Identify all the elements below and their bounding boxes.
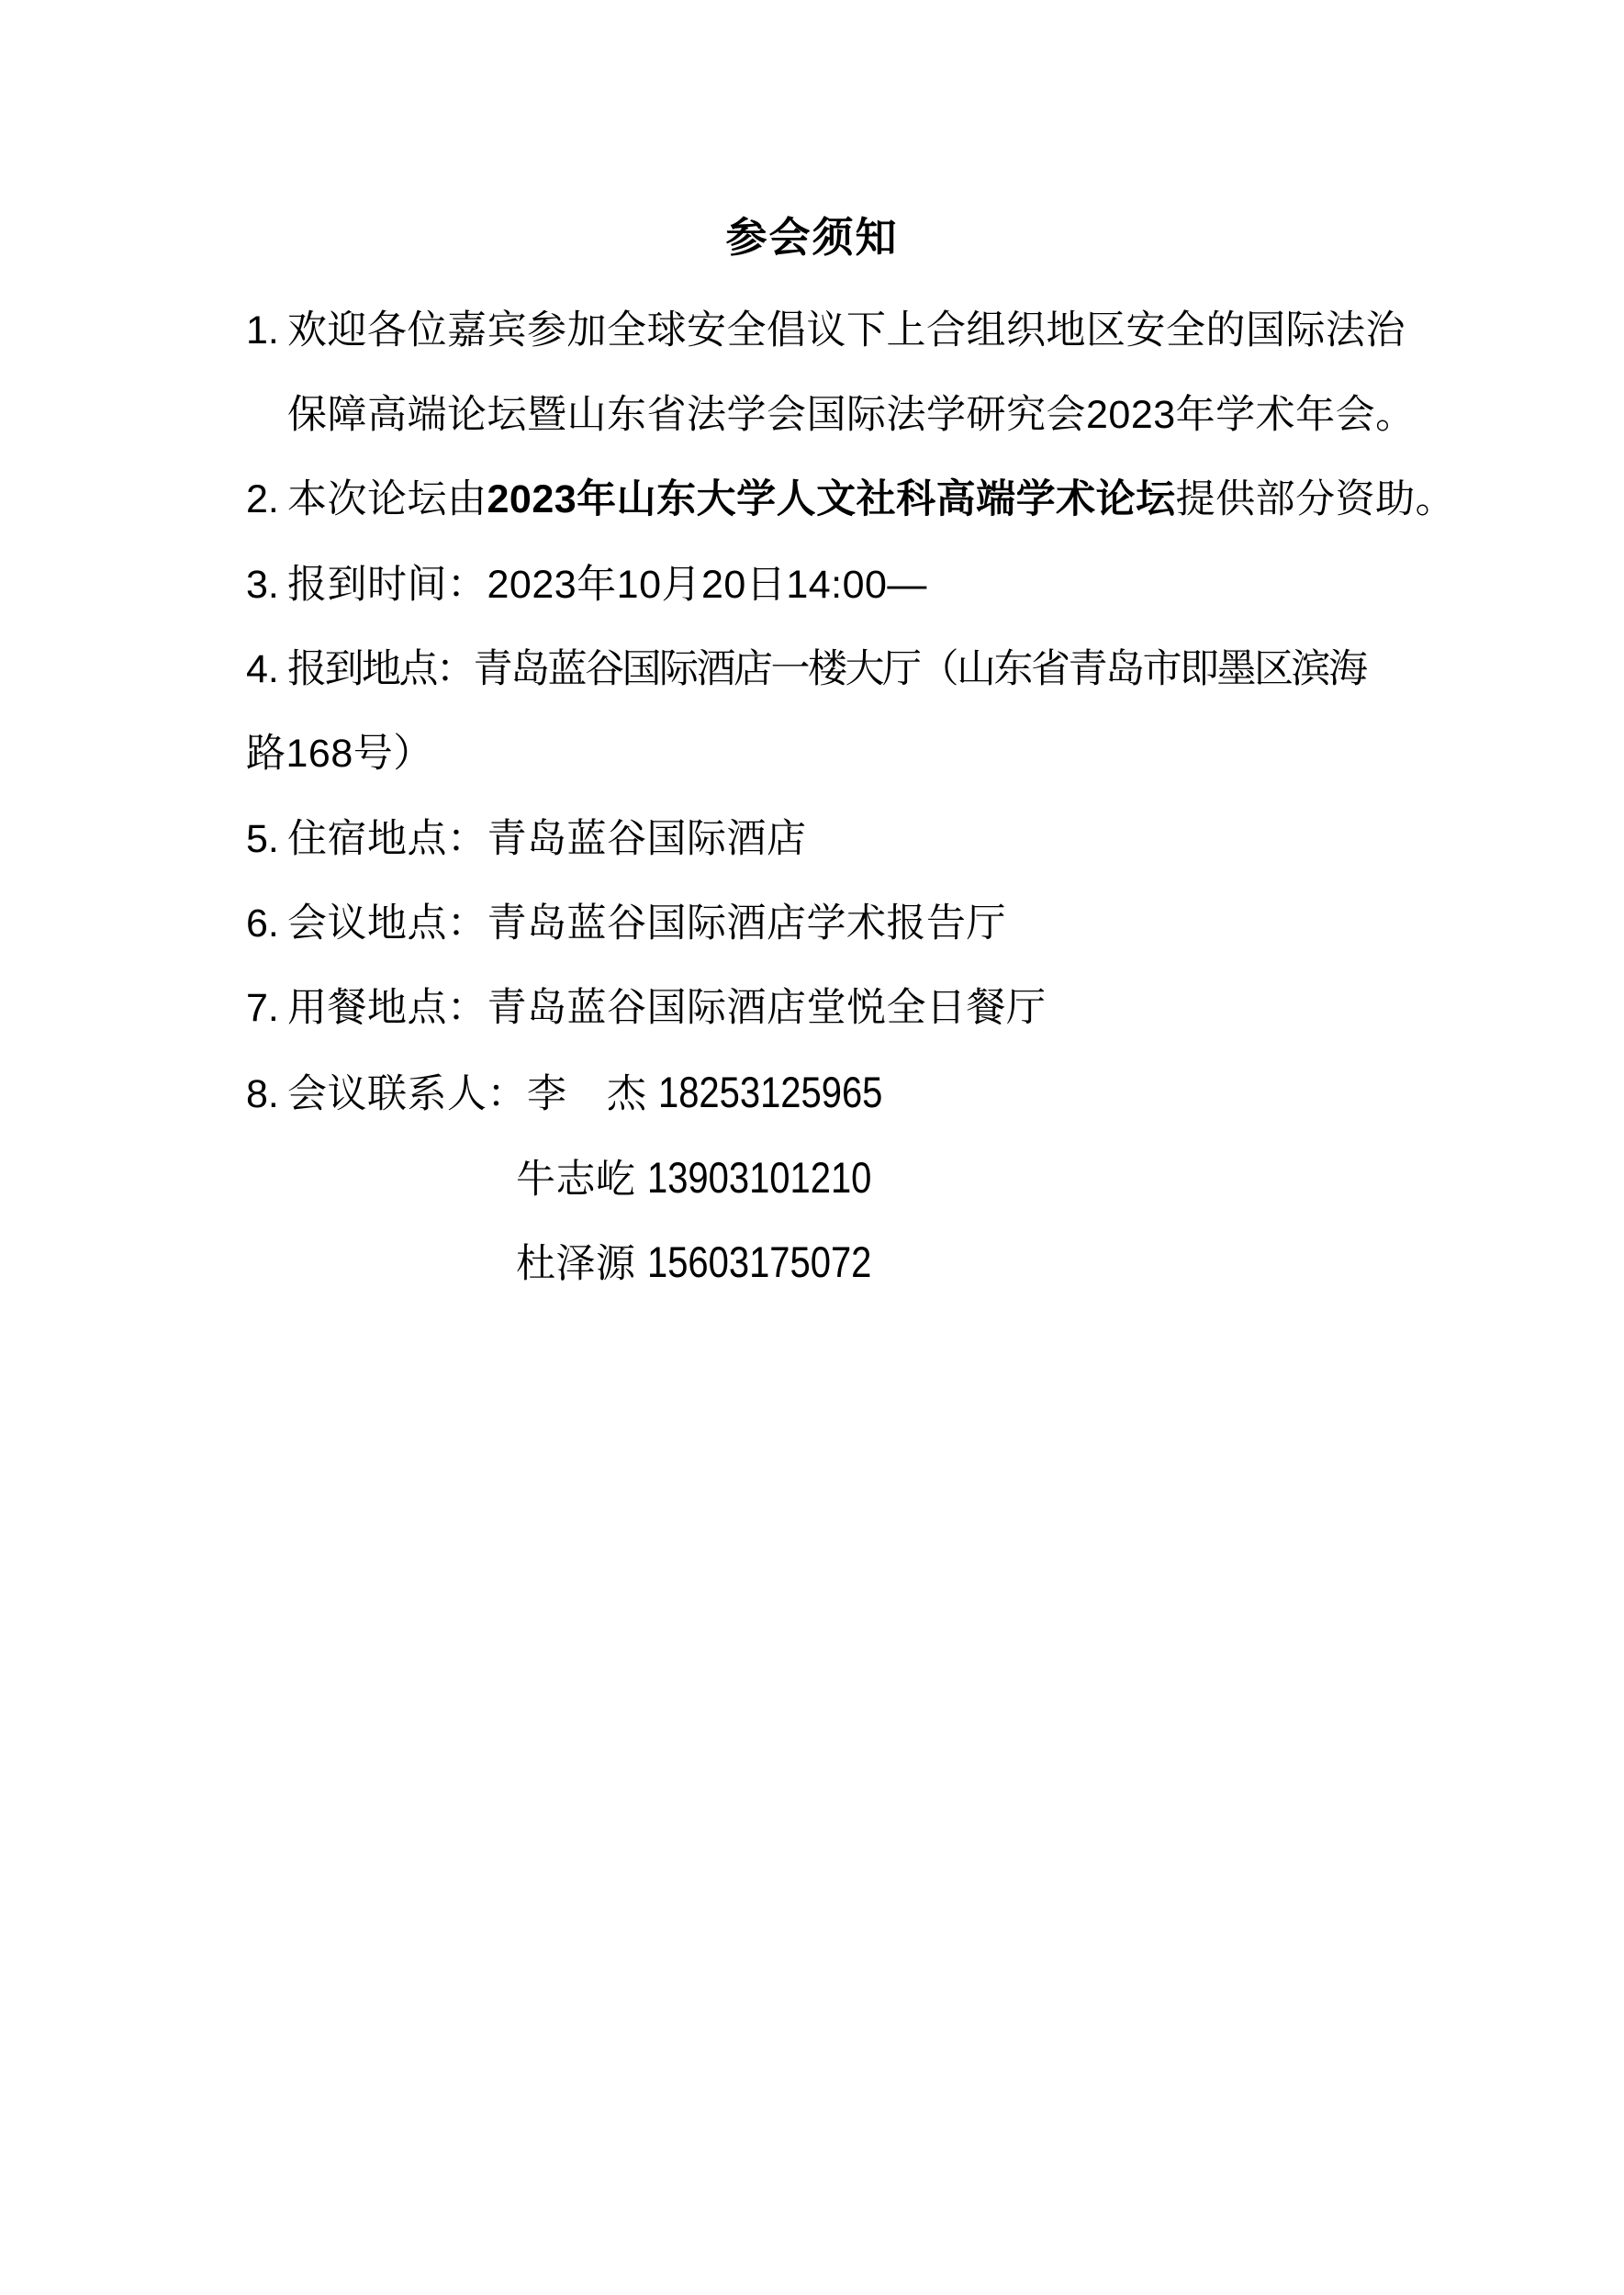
text-run: 欢迎各位嘉宾参加全球安全倡议下上合组织地区安全的国际法治 [287, 308, 1406, 353]
list-number: 3. [246, 543, 287, 627]
item-3: 3.报到时间：2023年10月20日14:00— [246, 543, 927, 627]
list-number: 5. [246, 797, 287, 881]
text-run: 用餐地点：青岛蓝谷国际酒店堂悦全日餐厅 [287, 986, 1047, 1030]
text-run: 本次论坛由 [287, 477, 487, 521]
document-page: 参会须知 1.欢迎各位嘉宾参加全球安全倡议下上合组织地区安全的国际法治 保障高端… [0, 0, 1624, 2295]
list-number: 6. [246, 881, 287, 966]
text-run: 13903101210 [647, 1136, 871, 1220]
text-run: 杜泽源 [516, 1242, 647, 1286]
item-2: 2.本次论坛由2023年山东大学人文社科高端学术论坛提供部分资助。 [246, 457, 1455, 542]
list-number: 2. [246, 457, 287, 542]
list-number: 7. [246, 966, 287, 1050]
item-4-line-2: 路168号） [246, 711, 433, 796]
text-run: 牛志屹 [516, 1158, 647, 1202]
text-run: 路168号） [246, 732, 433, 776]
item-5: 5.住宿地点：青岛蓝谷国际酒店 [246, 797, 807, 881]
text-run: 2023年山东大学人文社科高端学术论坛 [487, 477, 1176, 521]
text-run: 保障高端论坛暨山东省法学会国际法学研究会2023年学术年会。 [287, 393, 1416, 437]
text-run: 会议联系人：李 杰 [287, 1072, 658, 1116]
item-8-contact-li-jie: 8.会议联系人：李 杰 18253125965 [246, 1050, 922, 1135]
text-run: 会议地点：青岛蓝谷国际酒店学术报告厅 [287, 901, 1006, 946]
text-run: 报到地点：青岛蓝谷国际酒店一楼大厅（山东省青岛市即墨区滨海 [287, 647, 1366, 691]
text-run: 住宿地点：青岛蓝谷国际酒店 [287, 817, 807, 861]
text-run: 报到时间：2023年10月20日14:00— [287, 563, 927, 607]
item-1-line-2: 保障高端论坛暨山东省法学会国际法学研究会2023年学术年会。 [287, 373, 1416, 457]
item-1-line-1: 1.欢迎各位嘉宾参加全球安全倡议下上合组织地区安全的国际法治 [246, 288, 1406, 373]
item-7: 7.用餐地点：青岛蓝谷国际酒店堂悦全日餐厅 [246, 966, 1047, 1050]
text-run: 15603175072 [647, 1220, 871, 1304]
contact-niu-zhiyi: 牛志屹 13903101210 [516, 1136, 911, 1220]
text-run: 18253125965 [658, 1050, 882, 1135]
page-title: 参会须知 [0, 196, 1624, 280]
item-4-line-1: 4.报到地点：青岛蓝谷国际酒店一楼大厅（山东省青岛市即墨区滨海 [246, 627, 1366, 711]
text-run: 提供部分资助。 [1176, 477, 1456, 521]
item-6: 6.会议地点：青岛蓝谷国际酒店学术报告厅 [246, 881, 1006, 966]
list-number: 1. [246, 288, 287, 373]
list-number: 4. [246, 627, 287, 711]
contact-du-zeyuan: 杜泽源 15603175072 [516, 1220, 911, 1304]
list-number: 8. [246, 1052, 287, 1136]
